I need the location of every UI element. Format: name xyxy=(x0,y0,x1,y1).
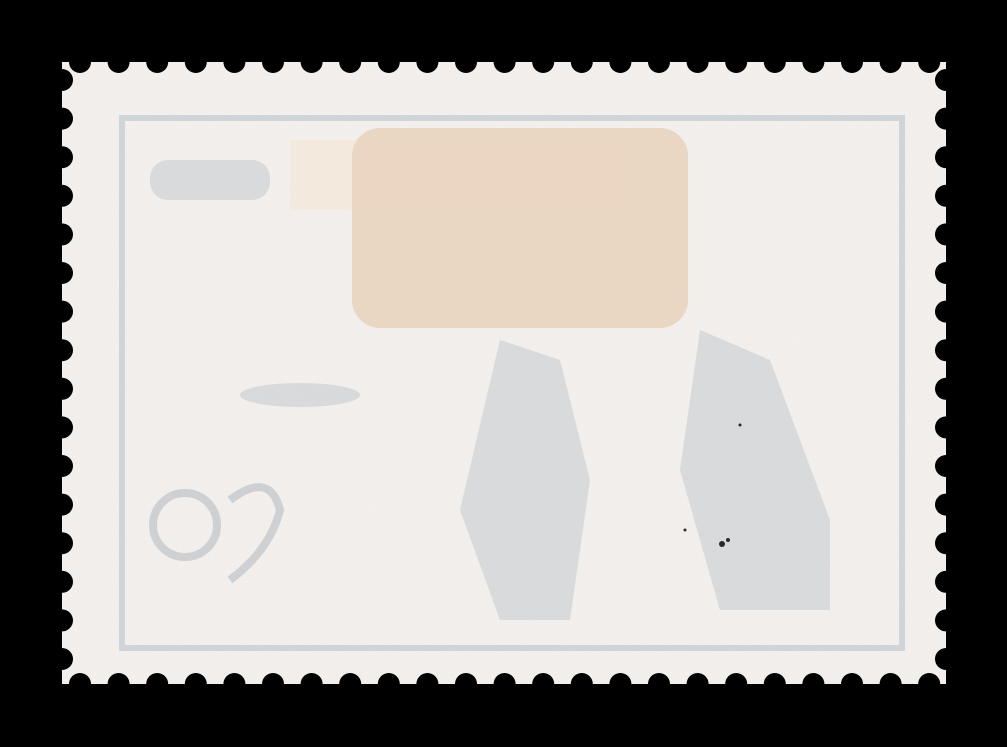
stamp-back-image xyxy=(0,0,1007,747)
